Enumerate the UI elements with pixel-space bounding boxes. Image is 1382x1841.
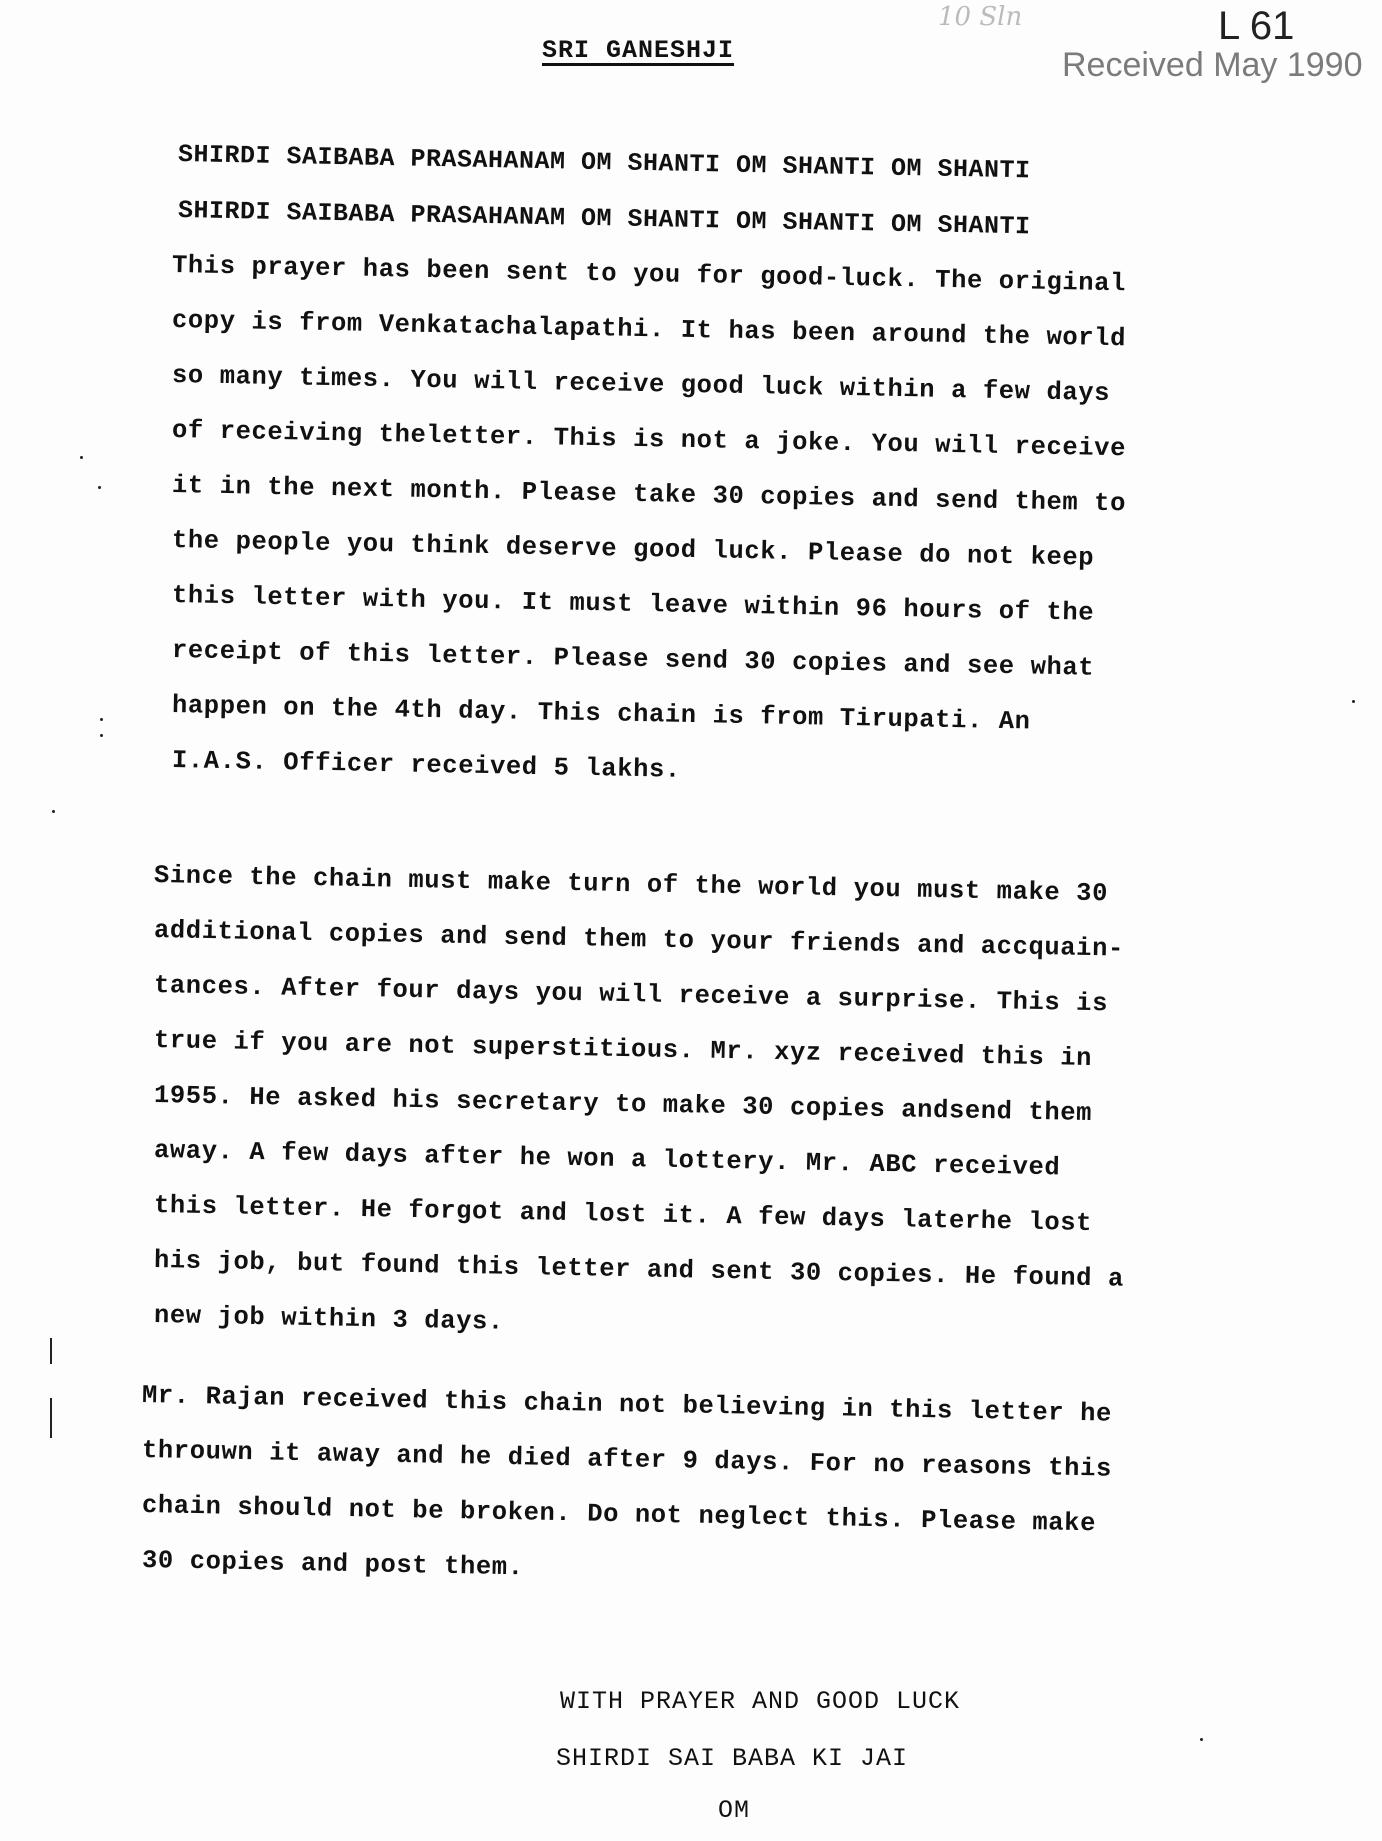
scan-speck xyxy=(100,734,103,737)
invocation-line-2: SHIRDI SAIBABA PRASAHANAM OM SHANTI OM S… xyxy=(178,196,1031,241)
paragraph-warning: Mr. Rajan received this chain not believ… xyxy=(142,1368,1112,1588)
handwritten-reference-number: L 61 xyxy=(1218,4,1294,49)
handwritten-note: 10 Sln xyxy=(938,2,1022,32)
paragraph-good-luck: This prayer has been sent to you for goo… xyxy=(172,238,1126,788)
scan-speck xyxy=(1200,1738,1203,1741)
closing-salutation: SHIRDI SAI BABA KI JAI xyxy=(556,1744,908,1773)
closing-blessing: WITH PRAYER AND GOOD LUCK xyxy=(560,1687,960,1716)
scan-speck xyxy=(1352,700,1355,703)
letter-heading: SRI GANESHJI xyxy=(542,36,734,65)
scanned-letter-page: 10 Sln L 61 Received May 1990 SRI GANESH… xyxy=(0,0,1382,1841)
invocation-line-1: SHIRDI SAIBABA PRASAHANAM OM SHANTI OM S… xyxy=(178,140,1031,185)
scan-speck xyxy=(100,718,103,721)
scan-speck xyxy=(98,486,101,489)
closing-om: OM xyxy=(718,1796,750,1825)
margin-mark xyxy=(50,1398,52,1438)
scan-speck xyxy=(80,456,83,459)
paragraph-chain-stories: Since the chain must make turn of the wo… xyxy=(154,848,1124,1343)
margin-mark xyxy=(50,1338,52,1364)
received-date-stamp: Received May 1990 xyxy=(1062,46,1363,85)
scan-speck xyxy=(52,810,55,813)
